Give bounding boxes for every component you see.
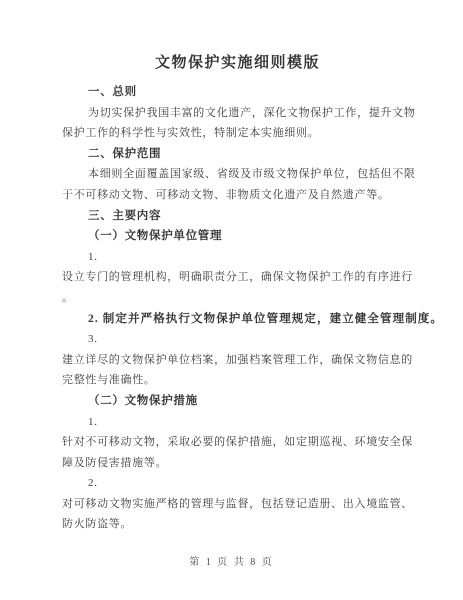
list-number: 1. xyxy=(62,412,413,433)
body-line: 保护工作的科学性与实效性，特制定本实施细则。 xyxy=(62,123,413,144)
list-number: 1. xyxy=(62,247,413,268)
body-line: 本细则全面覆盖国家级、省级及市级文物保护单位，包括但不限 xyxy=(62,164,413,185)
section-heading: 三、主要内容 xyxy=(62,206,413,227)
body-line: 针对不可移动文物，采取必要的保护措施，如定期巡视、环境安全保 xyxy=(62,432,413,453)
body-line: 。 xyxy=(62,288,413,309)
body-line: 为切实保护我国丰富的文化遗产，深化文物保护工作，提升文物 xyxy=(62,103,413,124)
body-line: 于不可移动文物、可移动文物、非物质文化遗产及自然遗产等。 xyxy=(62,185,413,206)
section-heading: 二、保护范围 xyxy=(62,144,413,165)
body-line: 建立详尽的文物保护单位档案，加强档案管理工作，确保文物信息的 xyxy=(62,350,413,371)
page-number-footer: 第 1 页 共 8 页 xyxy=(0,553,463,568)
body-line: 对可移动文物实施严格的管理与监督，包括登记造册、出入境监管、 xyxy=(62,494,413,515)
list-number: 3. xyxy=(62,329,413,350)
body-line: 防火防盗等。 xyxy=(62,514,413,535)
document-page: 文物保护实施细则模版 一、总则为切实保护我国丰富的文化遗产，深化文物保护工作，提… xyxy=(0,0,463,600)
section-heading: （一）文物保护单位管理 xyxy=(62,226,413,247)
document-body: 一、总则为切实保护我国丰富的文化遗产，深化文物保护工作，提升文物保护工作的科学性… xyxy=(62,82,413,535)
section-heading: （二）文物保护措施 xyxy=(62,391,413,412)
body-line: 设立专门的管理机构，明确职责分工，确保文物保护工作的有序进行 xyxy=(62,267,413,288)
body-line: 障及防侵害措施等。 xyxy=(62,453,413,474)
list-item-bold: 2. 制定并严格执行文物保护单位管理规定，建立健全管理制度。 xyxy=(62,309,413,330)
document-title: 文物保护实施细则模版 xyxy=(62,53,413,73)
section-heading: 一、总则 xyxy=(62,82,413,103)
body-line: 完整性与准确性。 xyxy=(62,370,413,391)
list-number: 2. xyxy=(62,473,413,494)
